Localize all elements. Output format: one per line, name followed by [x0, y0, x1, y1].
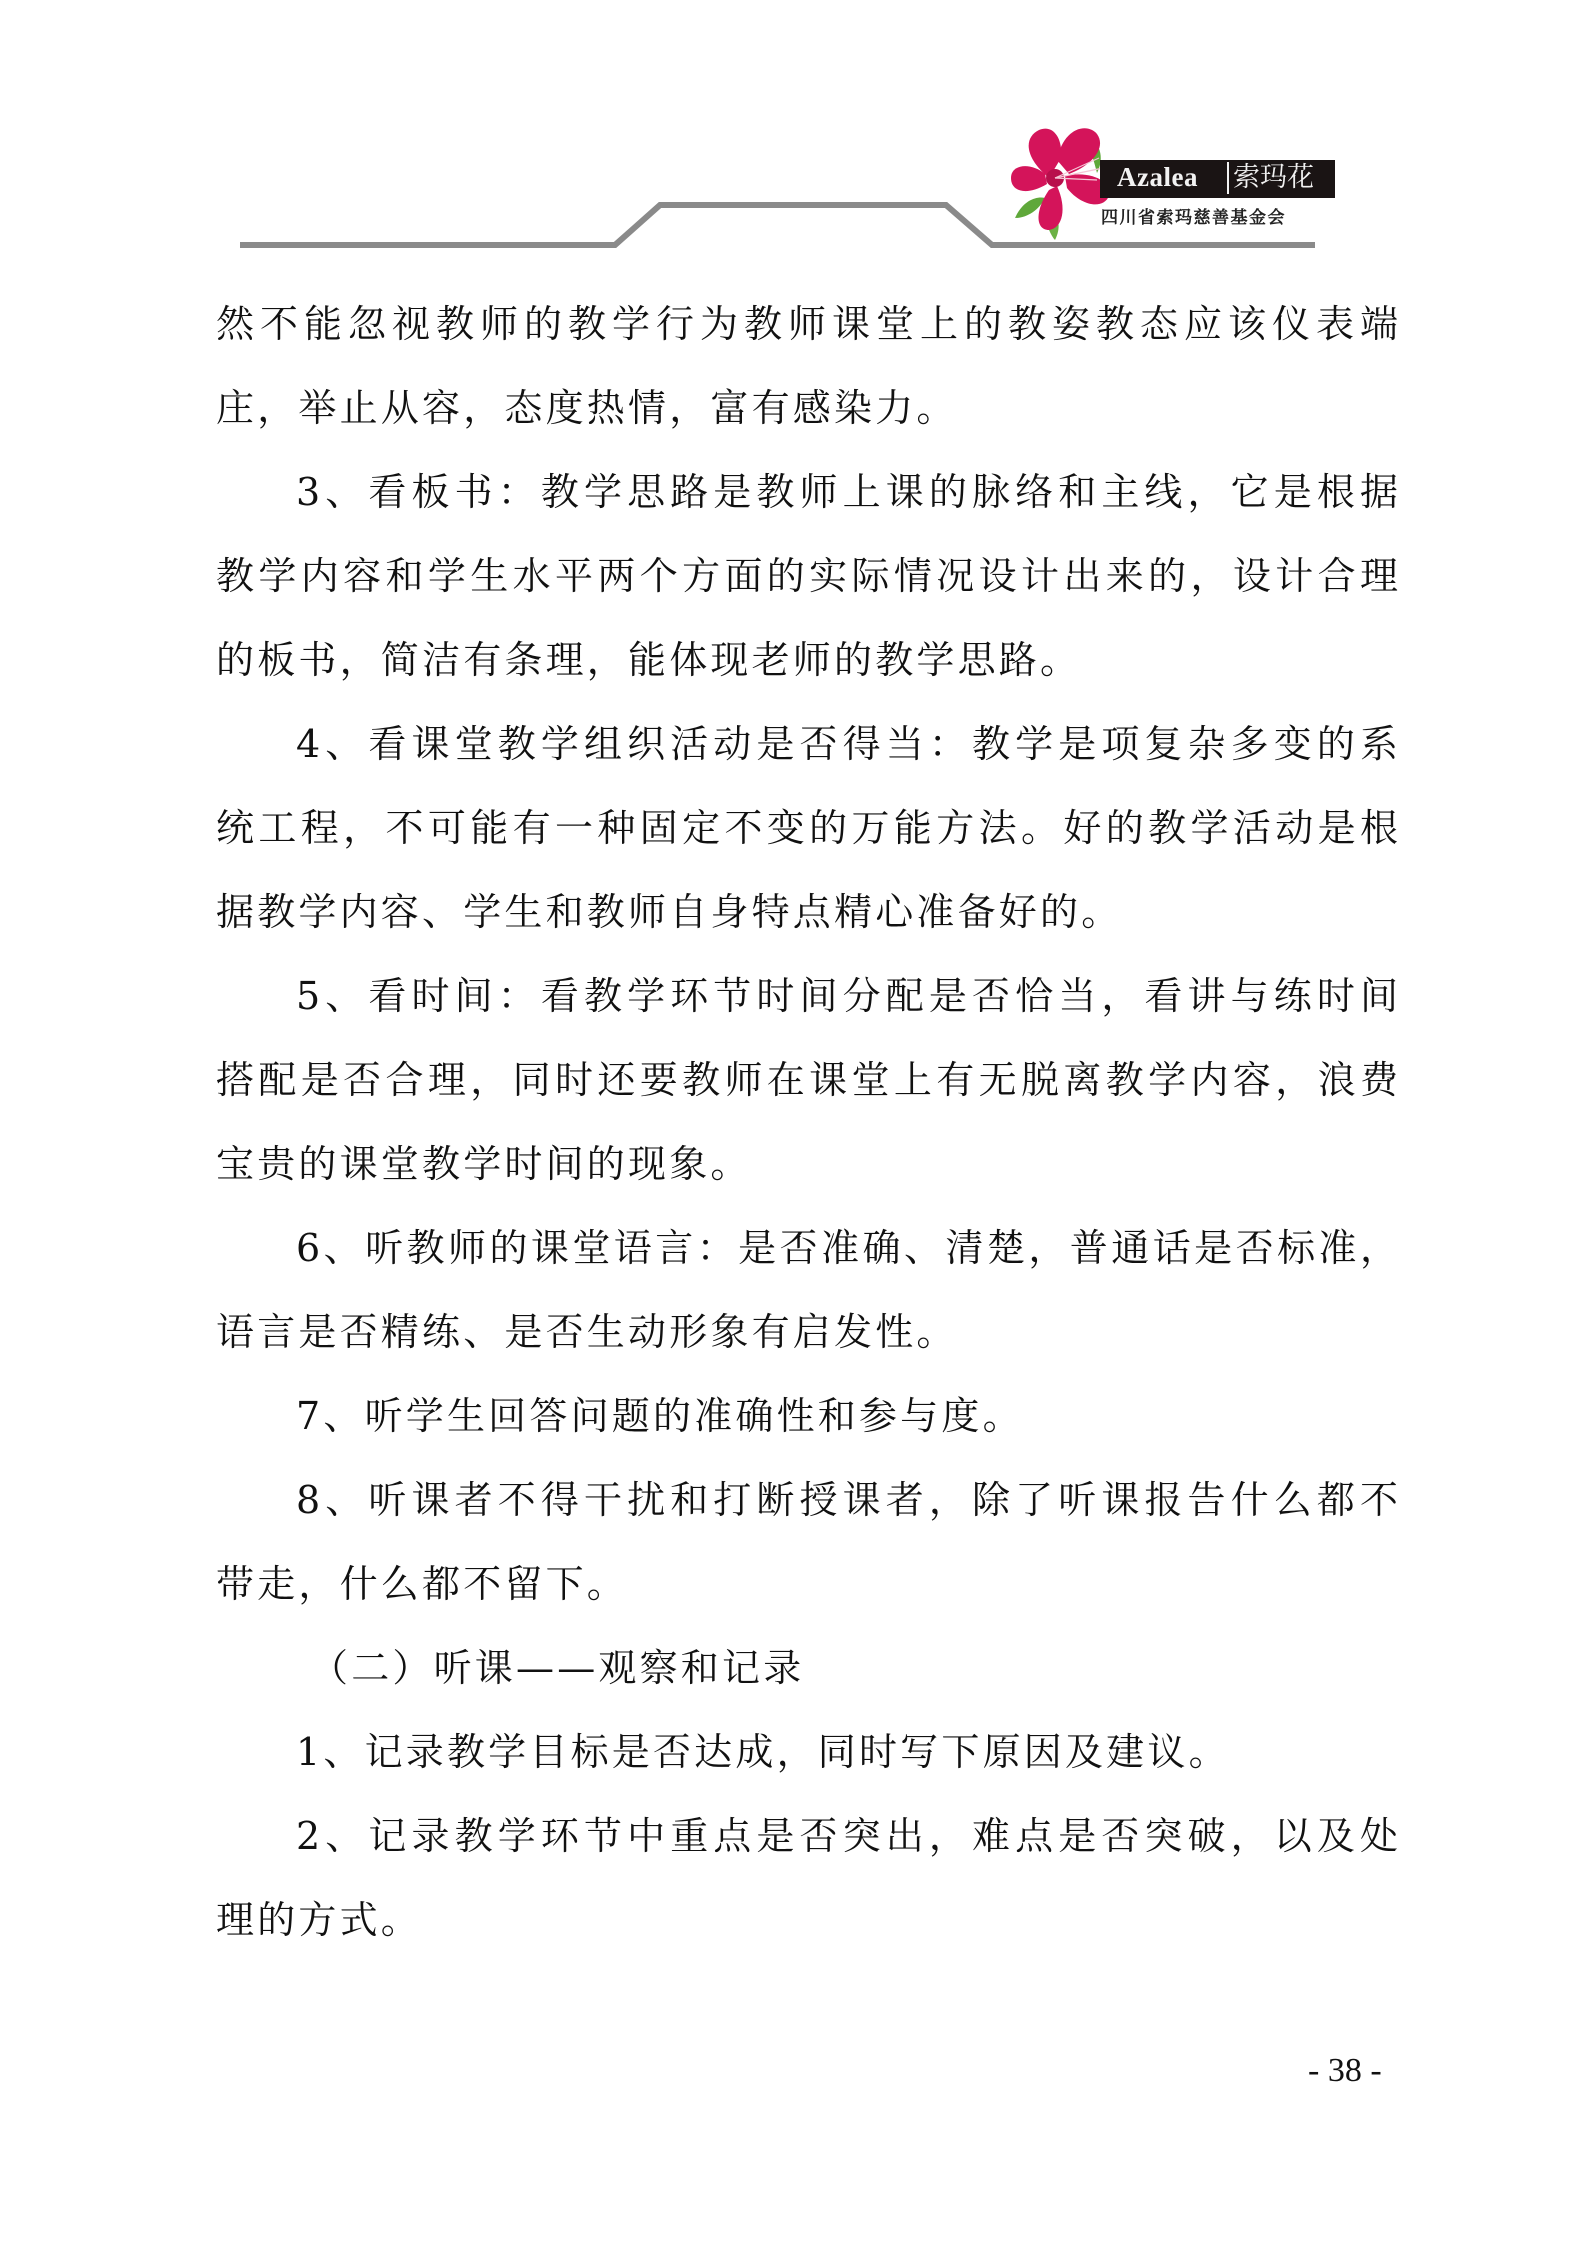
document-body: 然不能忽视教师的教学行为教师课堂上的教姿教态应该仪表端 庄，举止从容，态度热情，… — [216, 292, 1398, 1972]
logo-organization-name: 四川省索玛慈善基金会 — [1101, 203, 1286, 228]
list-item-4-heading: 4、看课堂教学组织活动是否得当：教学是项复杂多变的系 — [216, 712, 1398, 796]
list-item-1: 1、记录教学目标是否达成，同时写下原因及建议。 — [216, 1720, 1398, 1804]
body-line: 据教学内容、学生和教师自身特点精心准备好的。 — [216, 880, 1398, 964]
body-line: 的板书，简洁有条理，能体现老师的教学思路。 — [216, 628, 1398, 712]
foundation-logo: Azalea 索玛花 四川省索玛慈善基金会 — [1005, 118, 1335, 243]
body-line: 语言是否精练、是否生动形象有启发性。 — [216, 1300, 1398, 1384]
body-line: 搭配是否合理，同时还要教师在课堂上有无脱离教学内容，浪费 — [216, 1048, 1398, 1132]
logo-name-chinese: 索玛花 — [1227, 162, 1314, 194]
list-item-7: 7、听学生回答问题的准确性和参与度。 — [216, 1384, 1398, 1468]
body-line: 统工程，不可能有一种固定不变的万能方法。好的教学活动是根 — [216, 796, 1398, 880]
logo-name-english: Azalea — [1117, 162, 1198, 193]
list-item-8-heading: 8、听课者不得干扰和打断授课者，除了听课报告什么都不 — [216, 1468, 1398, 1552]
list-item-3-heading: 3、看板书：教学思路是教师上课的脉络和主线，它是根据 — [216, 460, 1398, 544]
body-line: 宝贵的课堂教学时间的现象。 — [216, 1132, 1398, 1216]
body-line: 庄，举止从容，态度热情，富有感染力。 — [216, 376, 1398, 460]
list-item-6-heading: 6、听教师的课堂语言：是否准确、清楚，普通话是否标准， — [216, 1216, 1398, 1300]
section-heading: （二）听课——观察和记录 — [216, 1636, 1398, 1720]
page-number: - 38 - — [1308, 2052, 1382, 2090]
body-line: 教学内容和学生水平两个方面的实际情况设计出来的，设计合理 — [216, 544, 1398, 628]
body-line: 然不能忽视教师的教学行为教师课堂上的教姿教态应该仪表端 — [216, 292, 1398, 376]
list-item-2-heading: 2、记录教学环节中重点是否突出，难点是否突破，以及处 — [216, 1804, 1398, 1888]
body-line: 理的方式。 — [216, 1888, 1398, 1972]
body-line: 带走，什么都不留下。 — [216, 1552, 1398, 1636]
header-rule-line — [0, 0, 1587, 260]
list-item-5-heading: 5、看时间：看教学环节时间分配是否恰当，看讲与练时间 — [216, 964, 1398, 1048]
